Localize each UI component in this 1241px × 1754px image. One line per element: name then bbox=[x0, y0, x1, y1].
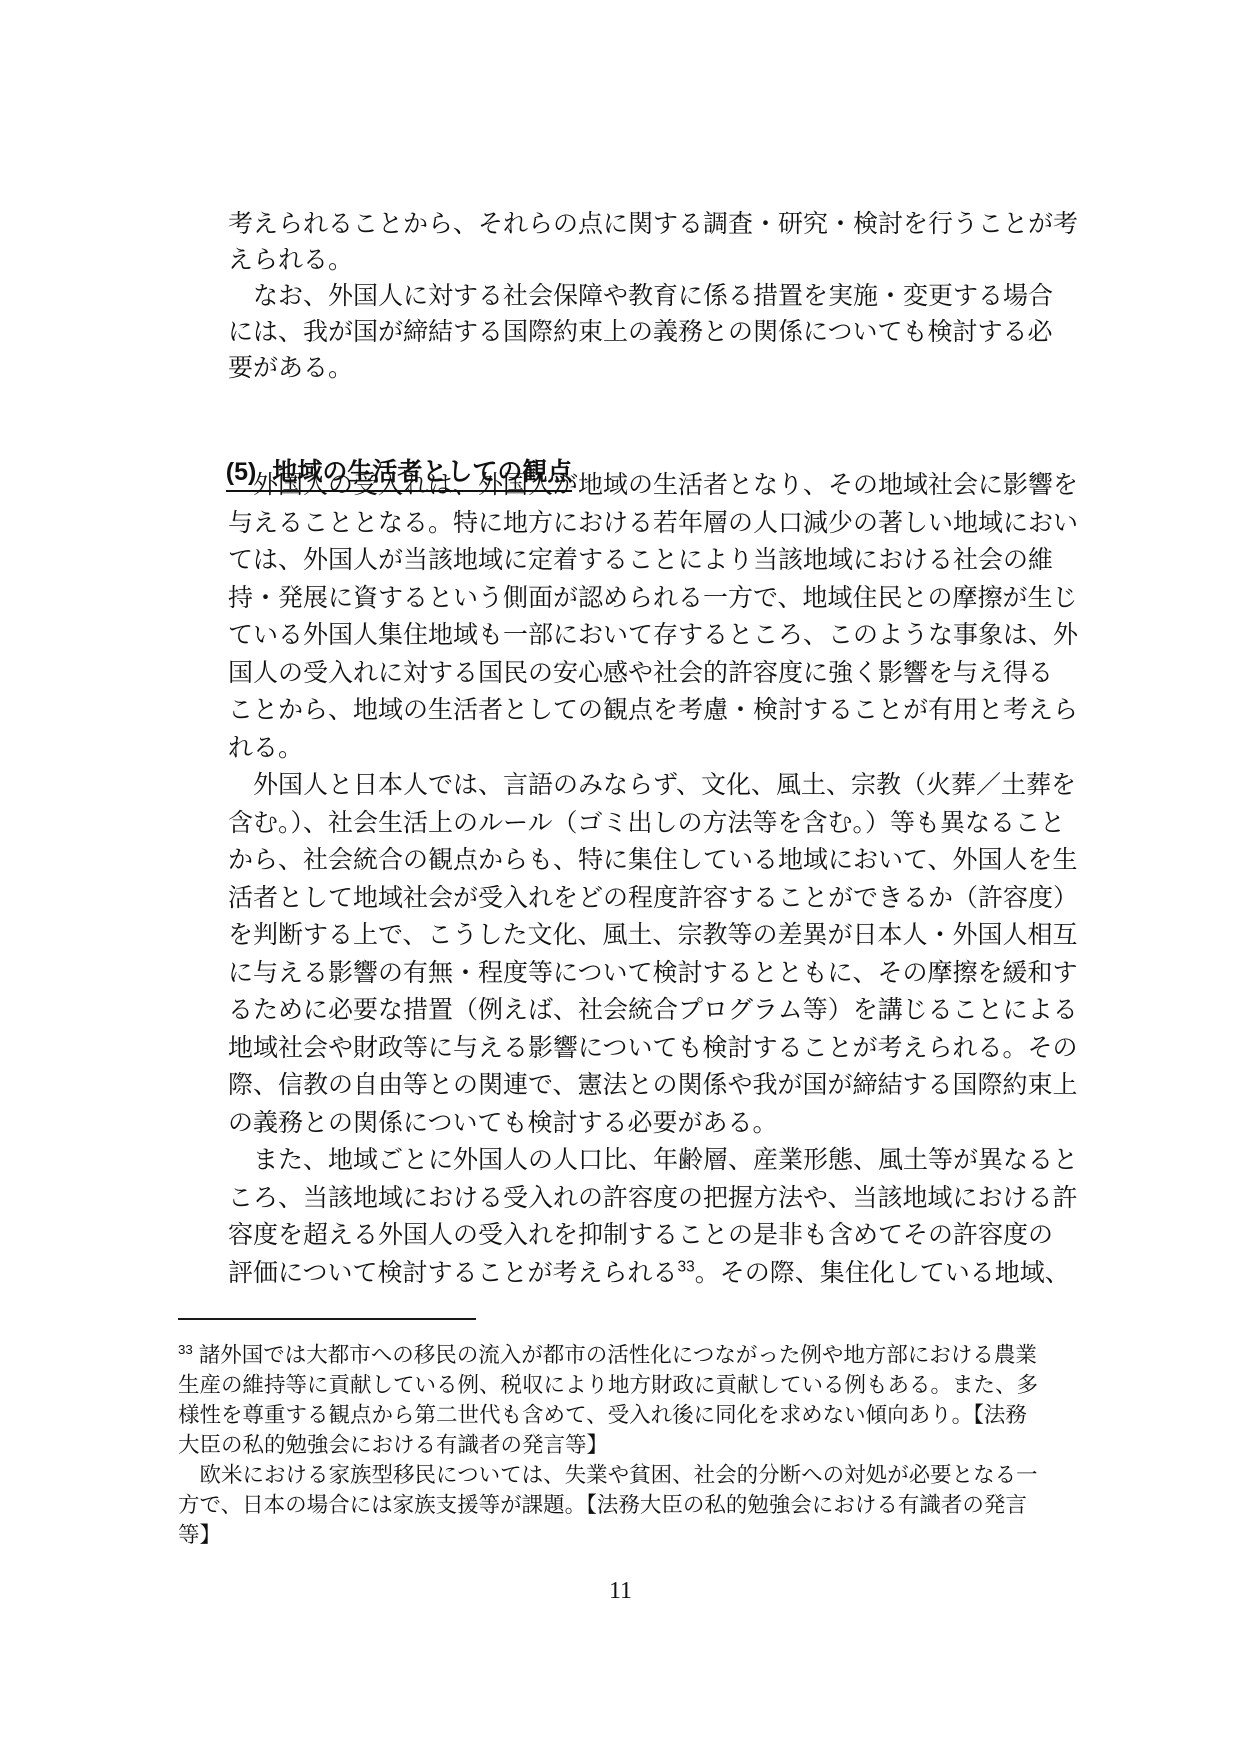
footnote: 33 諸外国では大都市への移民の流入が都市の活性化につながった例や地方部における… bbox=[178, 1340, 1078, 1550]
text-line: 含む。）、社会生活上のルール（ゴミ出しの方法等を含む。）等も異なること bbox=[228, 805, 1073, 843]
text-line: 国人の受入れに対する国民の安心感や社会的許容度に強く影響を与え得る bbox=[228, 655, 1073, 693]
footnote-separator bbox=[178, 1318, 476, 1320]
text-line: ころ、当該地域における受入れの許容度の把握方法や、当該地域における許 bbox=[228, 1180, 1073, 1218]
footnote-ref: 33 bbox=[178, 1342, 193, 1357]
text-line: 外国人の受入れは、外国人が地域の生活者となり、その地域社会に影響を bbox=[228, 467, 1073, 505]
text-line: 際、信教の自由等との関連で、憲法との関係や我が国が締結する国際約束上 bbox=[228, 1067, 1073, 1105]
text-line: るために必要な措置（例えば、社会統合プログラム等）を講じることによる bbox=[228, 992, 1073, 1030]
footnote-ref: 33 bbox=[678, 1258, 695, 1275]
text-line: から、社会統合の観点からも、特に集住している地域において、外国人を生 bbox=[228, 842, 1073, 880]
text-line: ている外国人集住地域も一部において存するところ、このような事象は、外 bbox=[228, 617, 1073, 655]
text-line: 要がある。 bbox=[228, 350, 1073, 386]
text-line: 考えられることから、それらの点に関する調査・研究・検討を行うことが考 bbox=[228, 206, 1073, 242]
text-line: 容度を超える外国人の受入れを抑制することの是非も含めてその許容度の bbox=[228, 1217, 1073, 1255]
text-line: 評価について検討することが考えられる33。その際、集住化している地域、 bbox=[228, 1255, 1073, 1293]
text-line: 活者として地域社会が受入れをどの程度許容することができるか（許容度） bbox=[228, 880, 1073, 918]
intro-paragraph: 考えられることから、それらの点に関する調査・研究・検討を行うことが考えられる。 … bbox=[228, 206, 1073, 386]
text-line: えられる。 bbox=[228, 242, 1073, 278]
text-line: 様性を尊重する観点から第二世代も含めて、受入れ後に同化を求めない傾向あり。【法務 bbox=[178, 1400, 1078, 1430]
text-line: また、地域ごとに外国人の人口比、年齢層、産業形態、風土等が異なると bbox=[228, 1142, 1073, 1180]
text-line: には、我が国が締結する国際約束上の義務との関係についても検討する必 bbox=[228, 314, 1073, 350]
text-line: 生産の維持等に貢献している例、税収により地方財政に貢献している例もある。また、多 bbox=[178, 1370, 1078, 1400]
text-line: を判断する上で、こうした文化、風土、宗教等の差異が日本人・外国人相互 bbox=[228, 917, 1073, 955]
text-line: 大臣の私的勉強会における有識者の発言等】 bbox=[178, 1430, 1078, 1460]
text-line: 欧米における家族型移民については、失業や貧困、社会的分断への対処が必要となる一 bbox=[178, 1460, 1078, 1490]
text-line: 外国人と日本人では、言語のみならず、文化、風土、宗教（火葬／土葬を bbox=[228, 767, 1073, 805]
text-line: 33 諸外国では大都市への移民の流入が都市の活性化につながった例や地方部における… bbox=[178, 1340, 1078, 1370]
text-line: に与える影響の有無・程度等について検討するとともに、その摩擦を緩和す bbox=[228, 955, 1073, 993]
text-line: れる。 bbox=[228, 730, 1073, 768]
text-line: 持・発展に資するという側面が認められる一方で、地域住民との摩擦が生じ bbox=[228, 580, 1073, 618]
text-line: なお、外国人に対する社会保障や教育に係る措置を実施・変更する場合 bbox=[228, 278, 1073, 314]
text-line: ては、外国人が当該地域に定着することにより当該地域における社会の維 bbox=[228, 542, 1073, 580]
text-line: ことから、地域の生活者としての観点を考慮・検討することが有用と考えら bbox=[228, 692, 1073, 730]
page-number: 11 bbox=[0, 1578, 1241, 1605]
text-line: の義務との関係についても検討する必要がある。 bbox=[228, 1105, 1073, 1143]
text-line: 等】 bbox=[178, 1520, 1078, 1550]
text-line: 方で、日本の場合には家族支援等が課題。【法務大臣の私的勉強会における有識者の発言 bbox=[178, 1490, 1078, 1520]
text-line: 地域社会や財政等に与える影響についても検討することが考えられる。その bbox=[228, 1030, 1073, 1068]
section-body: 外国人の受入れは、外国人が地域の生活者となり、その地域社会に影響を与えることとな… bbox=[228, 467, 1073, 1292]
document-page: 考えられることから、それらの点に関する調査・研究・検討を行うことが考えられる。 … bbox=[0, 0, 1241, 1754]
text-line: 与えることとなる。特に地方における若年層の人口減少の著しい地域におい bbox=[228, 505, 1073, 543]
